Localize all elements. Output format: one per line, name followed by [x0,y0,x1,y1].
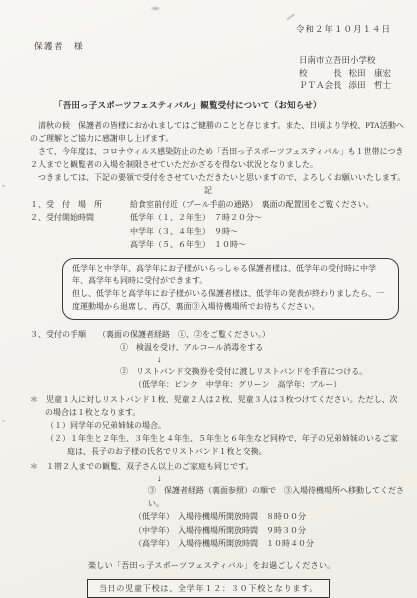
notice-box-text-2: 但し、低学年と高学年にお子様がいる保護者様は、低学年の発表が終わりましたら、一度… [72,288,389,314]
procedure-step-3: ③ 保護者経路（裏面参照）の順で ③入場待機場所へ移動してください。 [148,484,417,510]
wristband-note-1: ＊ 児童１人に対しリストバンド１枚、児童２人は２枚、児童３人は３枚つけてください… [30,393,405,419]
item3-note: （裏面の保護者経路 ①、②をご覧ください。） [98,328,270,342]
body-paragraph-1: さて、今年度は、コロナウィルス感染防止のため「吾田っ子スポーツフェスティバル」も… [30,145,407,171]
item-reception-place: １、受 付 場 所 給食室前付近（プール手前の通路） 裏面の配置図をご覧ください… [30,198,409,212]
sender-block: 日南市立吾田小学校 校 長 松田 康宏 ＰＴＡ会長 添田 哲士 [299,54,391,92]
wristband-color-note: （低学年：ピンク 中学年：グリーン 高学年：ブルー） [134,378,417,391]
scan-artifact [150,6,161,11]
item1-label: １、受 付 場 所 [30,198,130,212]
principal-name: 松田 康宏 [348,67,391,80]
sender-pta: ＰＴＡ会長 添田 哲士 [299,79,391,92]
wristband-note-2: ＊ １帯２人までの観覧、双子さん以上のご家庭も同じです。 [30,460,405,473]
time-row-lower: 低学年（１、２年生） ７時２０分～ [130,211,262,225]
wristband-note-1-sub-1: （１）同学年の兄弟姉妹の場合。 [46,419,405,432]
procedure-step-1: ① 検温を受け、アルコール消毒をする [120,341,417,354]
waiting-time-middle: （中学年） 入場待機場所開放時間 ９時３０分 [134,524,417,538]
sender-principal: 校 長 松田 康宏 [299,67,391,80]
reception-time-list: 低学年（１、２年生） ７時２０分～ 中学年（３、４年生） ９時～ 高学年（５、６… [130,211,262,252]
pta-title: ＰＴＡ会長 [299,79,342,92]
item3-label: ３、受付の手順 [30,328,86,342]
document-title: 「吾田っ子スポーツフェスティバル」観覧受付について（お知らせ） [54,99,417,111]
time-row-upper: 高学年（５、６年生） １０時～ [130,238,262,252]
body-paragraph-2: つきましては、下記の要領で受付をさせていただきたいと思いますので、よろしくお願い… [30,171,407,184]
closing-message: 楽しい「吾田っ子スポーツフェスティバル」をお過ごしください。 [88,559,417,572]
document-date: 令和２年１０月１４日 [0,0,417,35]
procedure-step-2: ② リストバンド交換券を受付に渡しリストバンドを手首につける。 [120,365,417,378]
scanned-notice-page: 令和２年１０月１４日 保護者 様 日南市立吾田小学校 校 長 松田 康宏 ＰＴＡ… [0,0,417,598]
rounded-notice-box: 低学年と中学年、高学年にお子様がいらっしゃる保護者様は、低学年の受付時に中学年、… [62,258,399,320]
item-procedure-heading: ３、受付の手順 （裏面の保護者経路 ①、②をご覧ください。） [30,328,417,342]
waiting-time-upper: （高学年） 入場待機場所開放時間 １０時４０分 [134,537,417,551]
sender-school: 日南市立吾田小学校 [299,54,391,67]
item2-label: ２、受付開始時間 [30,211,130,252]
notice-box-text-1: 低学年と中学年、高学年にお子様がいらっしゃる保護者様は、低学年の受付時に中学年、… [72,263,389,289]
down-arrow-icon: ↓ [157,473,417,484]
scan-artifact [2,420,5,422]
pta-name: 添田 哲士 [348,79,391,92]
wristband-note-1-sub-2: （２）１年生と２年生、３年生と４年生、５年生と６年生など同枠で、年子の兄弟姉妹の… [46,432,405,458]
addressee: 保護者 様 [34,40,417,52]
ki-heading: 記 [0,184,417,198]
time-row-middle: 中学年（３、４年生） ９時～ [130,225,262,239]
down-arrow-icon: ↓ [157,354,417,365]
greeting-paragraph: 清秋の候 保護者の皆様におかれましてはご健勝のことと存じます。また、日頃より学校… [30,119,407,145]
scan-artifact [2,185,5,187]
waiting-time-lower: （低学年） 入場待機場所開放時間 ８時００分 [134,510,417,524]
principal-title: 校 長 [299,67,342,80]
dismissal-time-box: 当日の児童下校は、全学年１２：３０下校となります。 [87,579,330,598]
item1-value: 給食室前付近（プール手前の通路） 裏面の配置図をご覧ください。 [130,198,374,212]
item-reception-times: ２、受付開始時間 低学年（１、２年生） ７時２０分～ 中学年（３、４年生） ９時… [30,211,409,252]
